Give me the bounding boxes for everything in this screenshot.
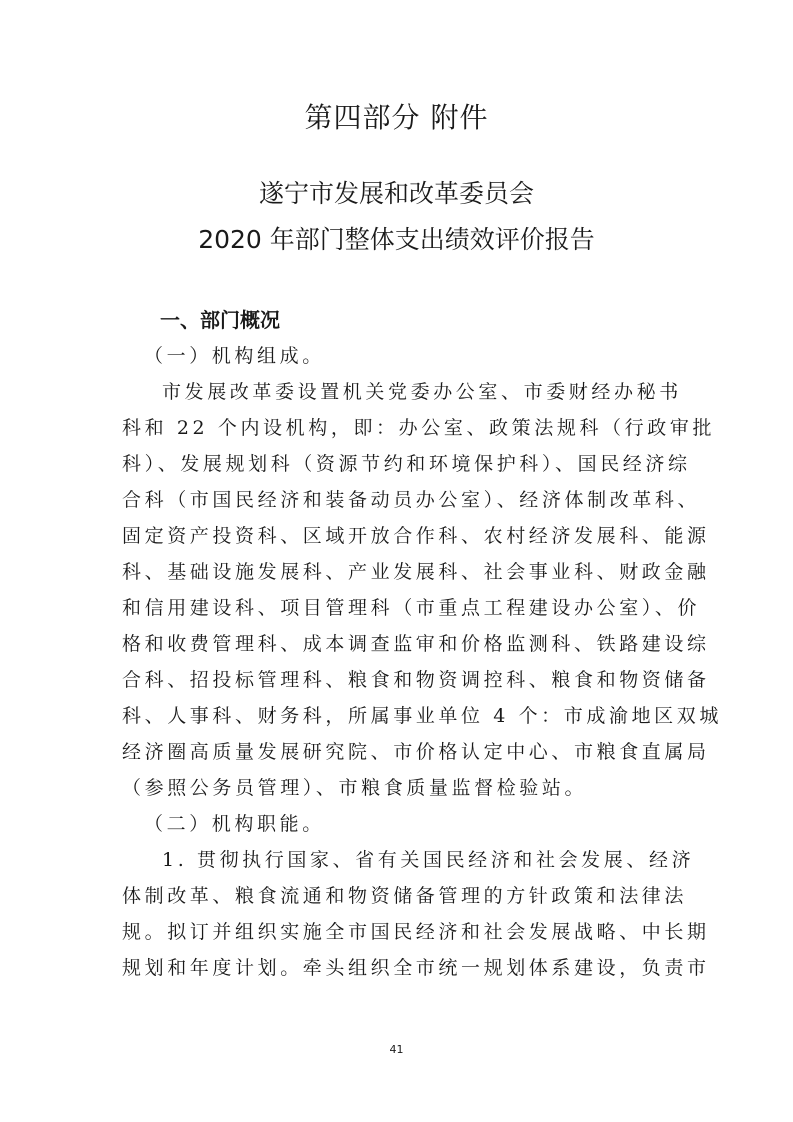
subsection-heading-organization: （一）机构组成。 bbox=[122, 338, 674, 374]
document-page: 第四部分 附件 遂宁市发展和改革委员会 2020 年部门整体支出绩效评价报告 一… bbox=[0, 0, 793, 1122]
paragraph-line: 市发展改革委设置机关党委办公室、市委财经办秘书 bbox=[122, 374, 674, 410]
paragraph-line: 合科、招投标管理科、粮食和物资调控科、粮食和物资储备 bbox=[122, 662, 674, 698]
section-heading-department-overview: 一、部门概况 bbox=[160, 302, 280, 338]
paragraph-line: 科）、发展规划科（资源节约和环境保护科）、国民经济综 bbox=[122, 446, 674, 482]
document-body: （一）机构组成。 市发展改革委设置机关党委办公室、市委财经办秘书 科和 22 个… bbox=[122, 338, 674, 986]
paragraph-line: 体制改革、粮食流通和物资储备管理的方针政策和法律法 bbox=[122, 878, 674, 914]
paragraph-line: 科、基础设施发展科、产业发展科、社会事业科、财政金融 bbox=[122, 554, 674, 590]
part-title: 第四部分 附件 bbox=[0, 98, 793, 138]
paragraph-line: 科、人事科、财务科，所属事业单位 4 个：市成渝地区双城 bbox=[122, 698, 674, 734]
paragraph-line: 合科（市国民经济和装备动员办公室）、经济体制改革科、 bbox=[122, 482, 674, 518]
paragraph-line: 1. 贯彻执行国家、省有关国民经济和社会发展、经济 bbox=[122, 842, 674, 878]
paragraph-line: 规划和年度计划。牵头组织全市统一规划体系建设，负责市 bbox=[122, 950, 674, 986]
paragraph-line: 固定资产投资科、区域开放合作科、农村经济发展科、能源 bbox=[122, 518, 674, 554]
paragraph-line: 和信用建设科、项目管理科（市重点工程建设办公室）、价 bbox=[122, 590, 674, 626]
paragraph-line: （参照公务员管理）、市粮食质量监督检验站。 bbox=[122, 770, 674, 806]
page-number: 41 bbox=[0, 1042, 793, 1058]
paragraph-line: 经济圈高质量发展研究院、市价格认定中心、市粮食直属局 bbox=[122, 734, 674, 770]
report-title-line-2: 2020 年部门整体支出绩效评价报告 bbox=[0, 220, 793, 260]
report-title-line-1: 遂宁市发展和改革委员会 bbox=[0, 174, 793, 214]
paragraph-line: 格和收费管理科、成本调查监审和价格监测科、铁路建设综 bbox=[122, 626, 674, 662]
subsection-heading-functions: （二）机构职能。 bbox=[122, 806, 674, 842]
paragraph-line: 科和 22 个内设机构，即：办公室、政策法规科（行政审批 bbox=[122, 410, 674, 446]
paragraph-line: 规。拟订并组织实施全市国民经济和社会发展战略、中长期 bbox=[122, 914, 674, 950]
